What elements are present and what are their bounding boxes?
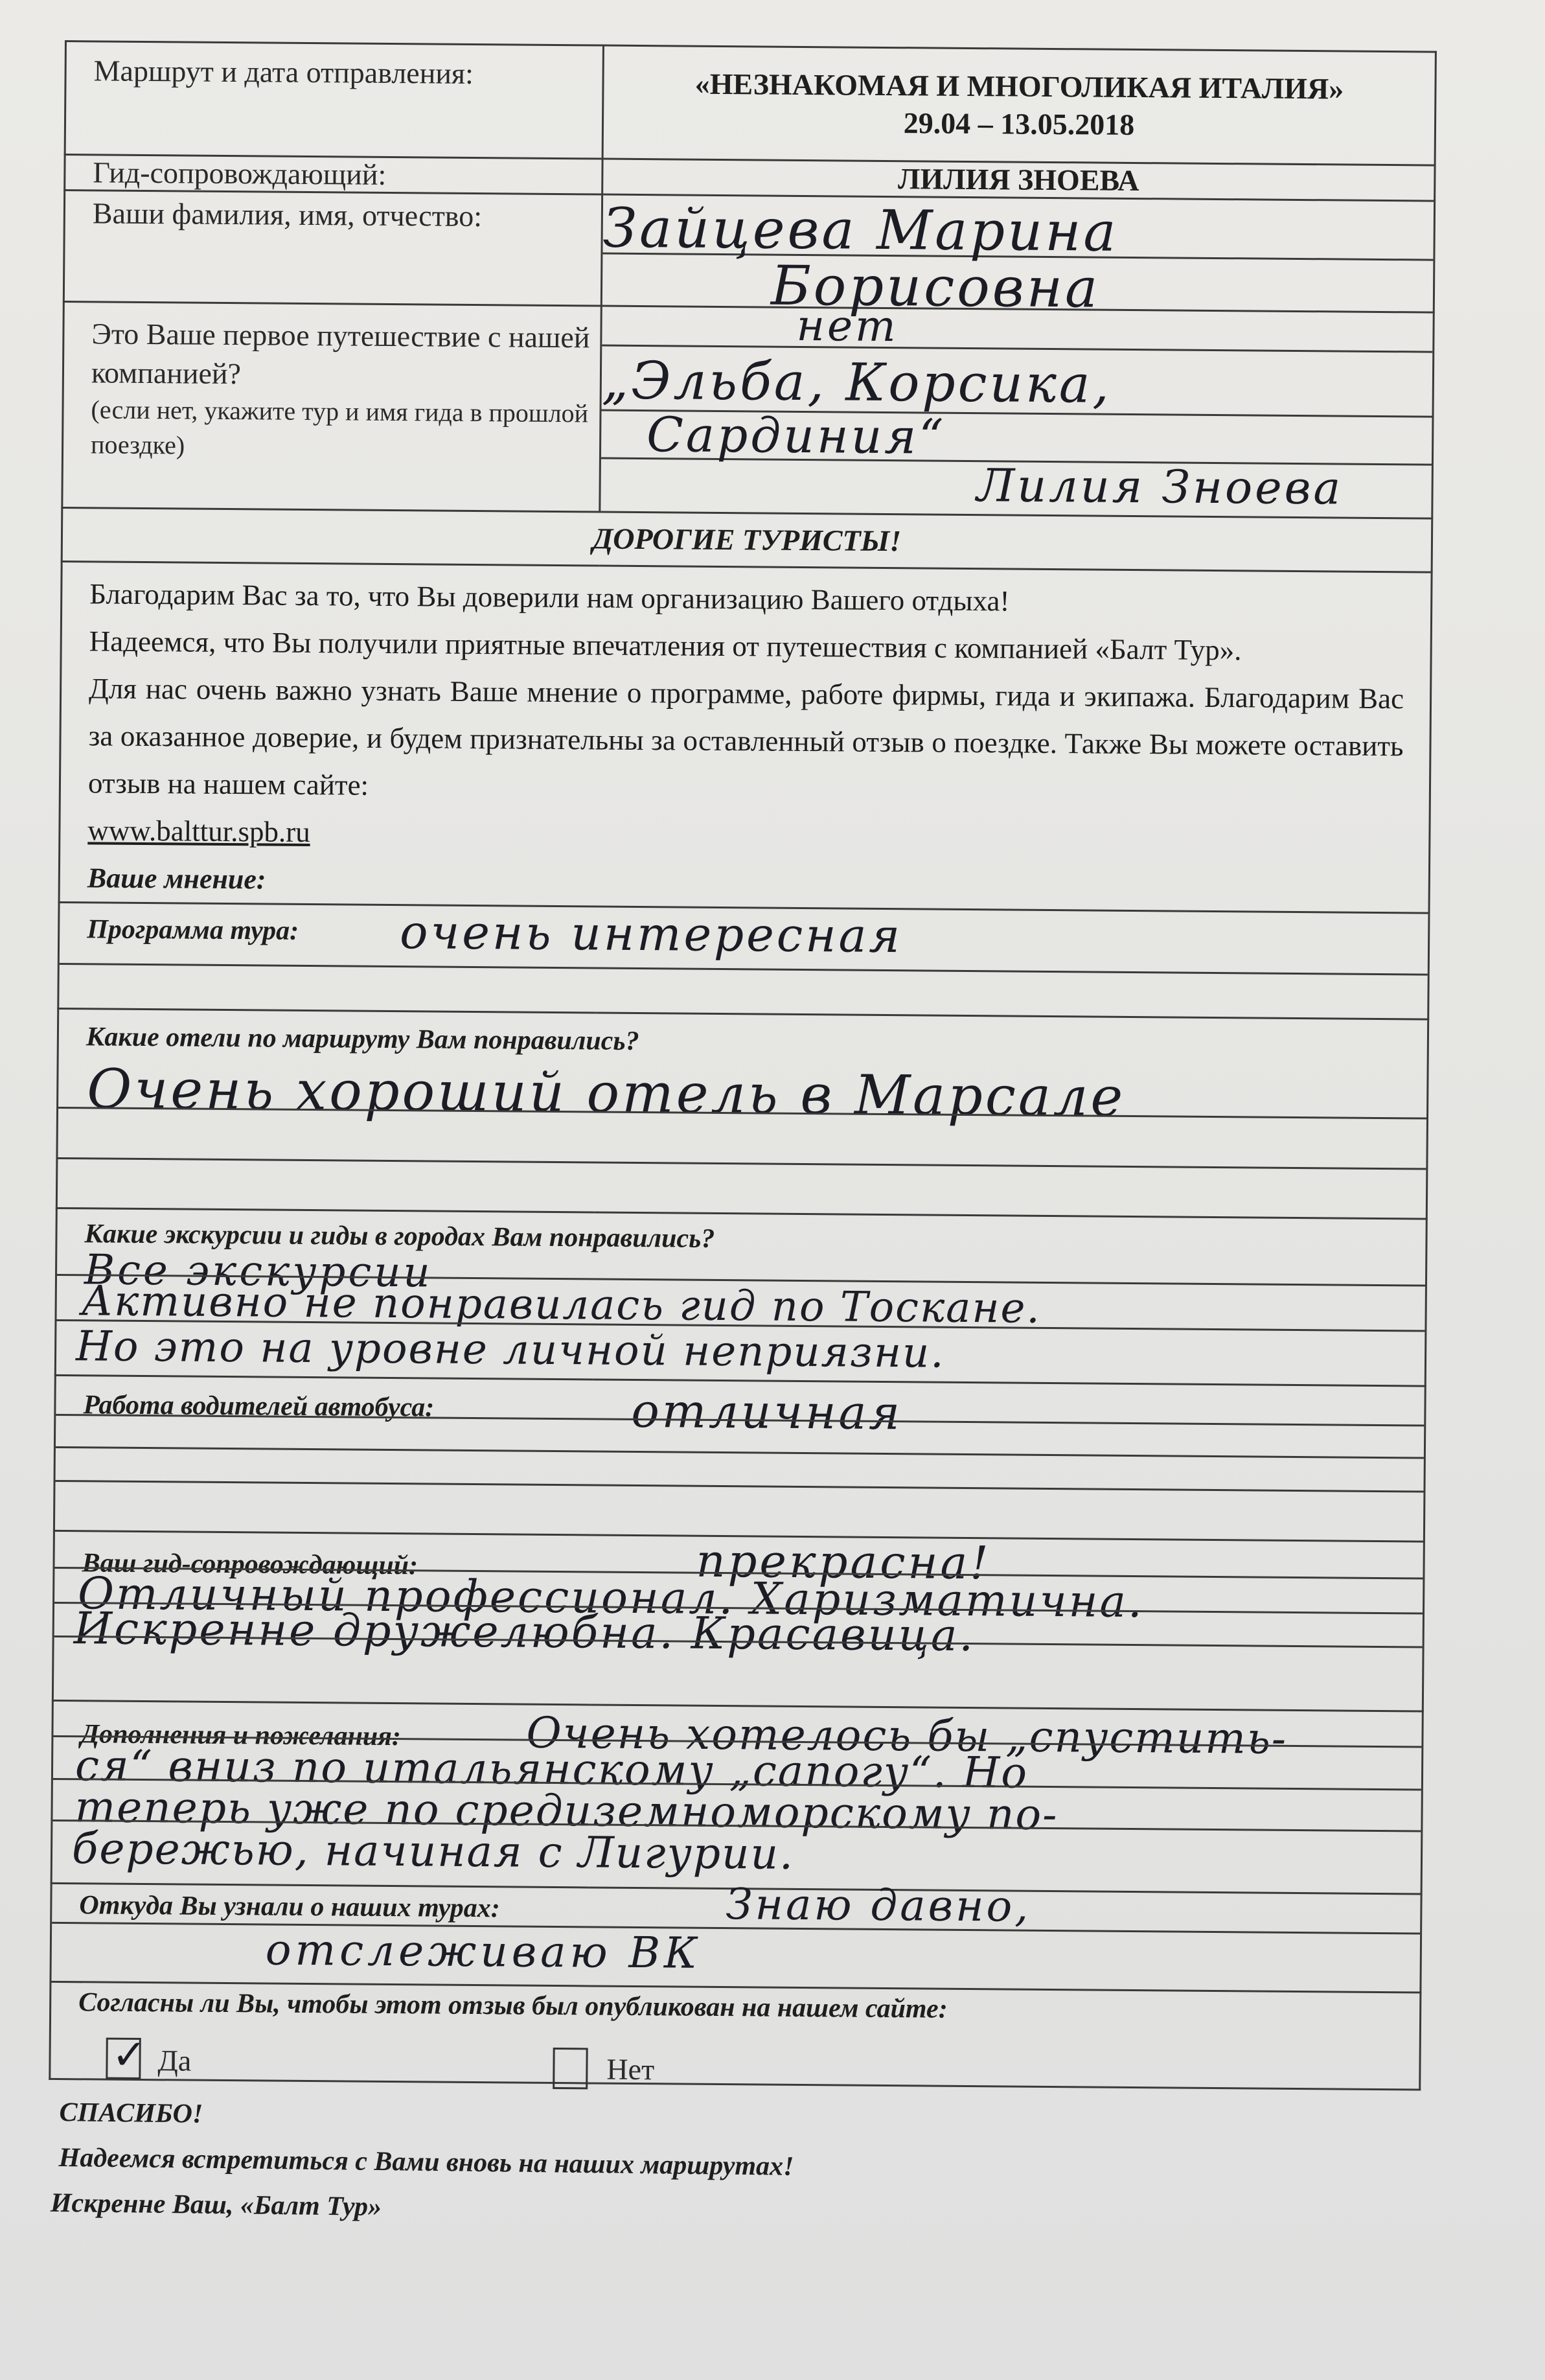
name-field[interactable]: Зайцева Марина Борисовна: [601, 194, 1434, 312]
name-label: Ваши фамилия, имя, отчество:: [63, 191, 602, 306]
name-value-line1: Зайцева Марина: [602, 201, 1119, 259]
program-answer: очень интересная: [400, 908, 903, 959]
source-label: Откуда Вы узнали о наших турах:: [79, 1889, 500, 1924]
first-trip-answer: нет: [796, 305, 898, 348]
hotels-section[interactable]: Какие отели по маршруту Вам понравились?…: [56, 1008, 1428, 1219]
consent-yes-checkbox[interactable]: ✓: [106, 2038, 141, 2079]
checkmark-icon: ✓: [111, 2035, 146, 2076]
previous-tour-line1: „Эльба, Корсика,: [602, 355, 1112, 411]
additions-row: Дополнения и пожелания: Очень хотелось б…: [51, 1700, 1423, 1894]
feedback-form-sheet: Маршрут и дата отправления: «НЕЗНАКОМАЯ …: [49, 40, 1437, 2091]
intro-row: Благодарим Вас за то, что Вы доверили на…: [59, 561, 1432, 913]
program-section[interactable]: Программа тура: очень интересная: [58, 902, 1429, 1019]
website-link[interactable]: www.balttur.spb.ru: [87, 814, 310, 848]
guide-feedback-section[interactable]: Ваш гид-сопровождающий: прекрасна! Отлич…: [52, 1531, 1424, 1711]
excursions-answer-line3: Но это на уровне личной неприязни.: [76, 1326, 945, 1374]
first-trip-label: Это Ваше первое путешествие с нашей комп…: [91, 314, 601, 396]
program-row: Программа тура: очень интересная: [58, 902, 1429, 1019]
route-dates: 29.04 – 13.05.2018: [604, 102, 1434, 146]
closing-text: СПАСИБО! Надеемся встретиться с Вами вно…: [58, 2090, 794, 2235]
consent-no-checkbox[interactable]: [553, 2048, 588, 2089]
name-row: Ваши фамилия, имя, отчество: Зайцева Мар…: [63, 191, 1434, 313]
first-trip-label-cell: Это Ваше первое путешествие с нашей комп…: [62, 301, 601, 512]
consent-yes-label: Да: [157, 2043, 191, 2077]
guide-feedback-answer-line3: Искренне дружелюбна. Красавица.: [73, 1607, 975, 1658]
rule-line: [56, 1480, 1424, 1493]
source-section[interactable]: Откуда Вы узнали о наших турах: Знаю дав…: [51, 1883, 1421, 1993]
consent-no-label: Нет: [606, 2052, 654, 2087]
route-label: Маршрут и дата отправления:: [65, 41, 603, 159]
opinion-heading: Ваше мнение:: [87, 854, 1403, 912]
drivers-section[interactable]: Работа водителей автобуса: отличная: [54, 1375, 1425, 1542]
previous-tour-line2: Сардиния“: [647, 411, 946, 461]
guide-feedback-row: Ваш гид-сопровождающий: прекрасна! Отлич…: [52, 1531, 1424, 1711]
feedback-form-table: Маршрут и дата отправления: «НЕЗНАКОМАЯ …: [49, 40, 1437, 2091]
intro-paragraph-3: Для нас очень важно узнать Ваше мнение о…: [88, 665, 1404, 817]
additions-section[interactable]: Дополнения и пожелания: Очень хотелось б…: [51, 1700, 1423, 1894]
intro-text: Благодарим Вас за то, что Вы доверили на…: [59, 561, 1432, 913]
source-row: Откуда Вы узнали о наших турах: Знаю дав…: [51, 1883, 1421, 1993]
rule-line: [60, 963, 1428, 976]
source-answer-line1: Знаю давно,: [726, 1883, 1031, 1928]
excursions-row: Какие экскурсии и гиды в городах Вам пон…: [55, 1208, 1426, 1386]
first-trip-field[interactable]: нет „Эльба, Корсика, Сардиния“ Лилия Зно…: [600, 306, 1434, 518]
source-answer-line2: отслеживаю ВК: [266, 1929, 702, 1975]
first-trip-hint: (если нет, укажите тур и имя гида в прош…: [91, 392, 600, 466]
consent-section: Согласны ли Вы, чтобы этот отзыв был опу…: [50, 1981, 1421, 2090]
additions-answer-line4: бережью, начиная с Лигурии.: [72, 1827, 794, 1876]
signature-text: Искренне Ваш, «Балт Тур»: [50, 2180, 794, 2235]
rule-line: [56, 1446, 1424, 1459]
guide-label: Гид-сопровождающий:: [65, 155, 602, 195]
route-title: «НЕЗНАКОМАЯ И МНОГОЛИКАЯ ИТАЛИЯ»: [604, 65, 1434, 109]
guide-name: ЛИЛИЯ ЗНОЕВА: [602, 159, 1435, 201]
excursions-section[interactable]: Какие экскурсии и гиды в городах Вам пон…: [55, 1208, 1426, 1386]
first-trip-row: Это Ваше первое путешествие с нашей комп…: [62, 301, 1434, 518]
previous-guide: Лилия Зноева: [976, 463, 1343, 511]
drivers-answer: отличная: [631, 1387, 902, 1436]
route-row: Маршрут и дата отправления: «НЕЗНАКОМАЯ …: [65, 41, 1436, 166]
hotels-label: Какие отели по маршруту Вам понравились?: [86, 1021, 639, 1057]
consent-row: Согласны ли Вы, чтобы этот отзыв был опу…: [50, 1981, 1421, 2090]
rule-line: [58, 1157, 1426, 1170]
consent-label: Согласны ли Вы, чтобы этот отзыв был опу…: [78, 1987, 948, 2025]
program-label: Программа тура:: [87, 914, 299, 947]
route-value: «НЕЗНАКОМАЯ И МНОГОЛИКАЯ ИТАЛИЯ» 29.04 –…: [602, 45, 1436, 165]
drivers-row: Работа водителей автобуса: отличная: [54, 1375, 1425, 1542]
hotels-row: Какие отели по маршруту Вам понравились?…: [56, 1008, 1428, 1219]
